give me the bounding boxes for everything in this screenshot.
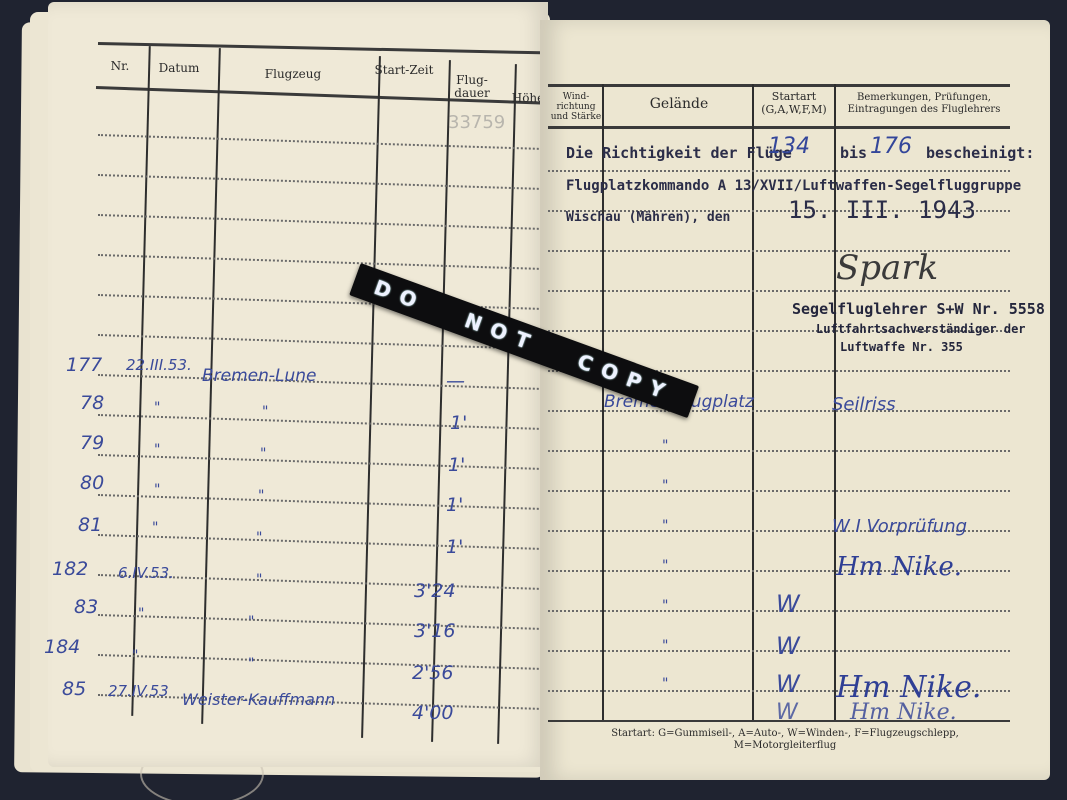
row-nr: 81: [78, 514, 102, 536]
cert-line1-suffix: bescheinigt:: [926, 144, 1034, 162]
header-top-rule: [548, 84, 1010, 87]
col-header-nr: Nr.: [100, 60, 140, 73]
row-gelaende: ": [662, 638, 668, 654]
row-gelaende: ": [662, 478, 668, 494]
row-bemerkung: W I Vorprüfung: [832, 516, 967, 537]
row-dauer: 2'56: [412, 662, 454, 684]
cert-flight-from: 134: [768, 134, 810, 159]
row-flugzeug: ": [248, 656, 254, 672]
stamp-line2: Luftfahrtsachverständiger der: [816, 322, 1026, 336]
row-rule: [98, 454, 543, 470]
row-datum: 27.IV.53: [108, 682, 169, 700]
row-nr: 177: [66, 354, 102, 376]
row-dauer: —: [446, 370, 465, 392]
row-rule: [548, 450, 1010, 452]
row-flugzeug: ": [248, 614, 254, 630]
row-rule: [98, 134, 543, 150]
row-flugzeug: Bremen-Lune: [202, 366, 317, 386]
cert-line2: Flugplatzkommando A 13/XVII/Luftwaffen-S…: [566, 178, 1021, 194]
row-nr: 83: [74, 596, 98, 618]
header-top-rule: [98, 42, 548, 54]
col-header-gelaende: Gelände: [606, 98, 752, 111]
row-datum: ": [138, 606, 144, 622]
row-gelaende: ": [662, 438, 668, 454]
row-gelaende: ": [662, 676, 668, 692]
row-rule: [98, 414, 543, 430]
row-rule: [98, 494, 543, 510]
row-bemerkung: Seilriss: [832, 394, 896, 415]
row-dauer: 1': [446, 494, 463, 516]
pencil-note: 33759: [448, 112, 505, 133]
col-header-wind: Wind-richtung und Stärke: [548, 92, 604, 122]
instructor-signature: Hm Nike.: [836, 552, 962, 582]
row-datum: ": [154, 482, 160, 498]
row-nr: 182: [52, 558, 88, 580]
col-divider: [497, 64, 517, 744]
col-header-flugzeug: Flugzeug: [218, 68, 368, 81]
logbook-right-page: Wind-richtung und Stärke Gelände Startar…: [540, 20, 1050, 780]
col-header-startzeit: Start-Zeit: [374, 64, 434, 77]
row-dauer: 3'16: [414, 620, 456, 642]
row-dauer: 3'24: [414, 580, 456, 602]
row-nr: 78: [80, 392, 104, 414]
col-header-bemerkungen: Bemerkungen, Prüfungen, Eintragungen des…: [838, 92, 1010, 116]
row-nr: 79: [80, 432, 104, 454]
cert-line3-prefix: Wischau (Mähren), den: [566, 210, 730, 225]
row-flugzeug: ": [262, 404, 268, 420]
cert-bis: bis: [840, 144, 867, 162]
col-header-datum: Datum: [144, 62, 214, 75]
row-startart: W: [776, 632, 800, 660]
header-bottom-rule: [548, 126, 1010, 129]
row-gelaende: ": [662, 558, 668, 574]
row-startart: W: [776, 670, 800, 698]
cert-date: 15. III. 1943: [788, 196, 976, 224]
startart-legend: Startart: G=Gummiseil-, A=Auto-, W=Winde…: [570, 728, 1000, 752]
cert-flight-to: 176: [870, 134, 912, 159]
row-flugzeug: ": [256, 572, 262, 588]
row-rule: [98, 174, 543, 190]
row-rule: [98, 254, 543, 270]
row-rule: [98, 214, 543, 230]
row-startart: W: [776, 700, 798, 725]
row-rule: [98, 614, 543, 630]
col-header-flugdauer: Flug-dauer: [444, 74, 500, 100]
row-dauer: 1': [450, 412, 467, 434]
row-datum: ": [154, 400, 160, 416]
row-rule: [548, 170, 1010, 172]
row-datum: ": [152, 520, 158, 536]
row-gelaende: ": [662, 518, 668, 534]
row-rule: [98, 654, 543, 670]
col-header-startart: Startart (G,A,W,F,M): [754, 90, 834, 116]
logbook-left-page: Nr. Datum Flugzeug Start-Zeit Flug-dauer…: [48, 2, 548, 767]
row-datum: ": [154, 442, 160, 458]
cert-line1-prefix: Die Richtigkeit der Flüge: [566, 144, 792, 162]
row-flugzeug: ": [256, 530, 262, 546]
stamp-line1: Segelfluglehrer S+W Nr. 5558: [792, 300, 1045, 318]
instructor-signature: Hm Nike.: [850, 700, 957, 725]
row-rule: [548, 490, 1010, 492]
row-nr: 184: [44, 636, 80, 658]
row-datum: 6.IV.53.: [118, 564, 174, 582]
row-gelaende: ": [662, 598, 668, 614]
row-startart: W: [776, 590, 800, 618]
row-dauer: 4'00: [412, 702, 454, 724]
row-dauer: 1': [448, 454, 465, 476]
row-nr: 85: [62, 678, 86, 700]
col-divider: [361, 56, 381, 738]
row-flugzeug: ": [258, 488, 264, 504]
stamp-line3: Luftwaffe Nr. 355: [840, 340, 963, 354]
row-rule: [98, 374, 543, 390]
row-datum: ": [132, 648, 138, 664]
row-rule: [548, 290, 1010, 292]
row-rule: [98, 534, 543, 550]
row-flugzeug: Weister-Kauffmann: [182, 690, 335, 709]
row-nr: 80: [80, 472, 104, 494]
row-datum: 22.III.53.: [126, 356, 192, 374]
row-rule: [548, 250, 1010, 252]
row-dauer: 1': [446, 536, 463, 558]
row-flugzeug: ": [260, 446, 266, 462]
col-divider: [201, 48, 221, 724]
certifier-signature: Spark: [836, 248, 938, 288]
